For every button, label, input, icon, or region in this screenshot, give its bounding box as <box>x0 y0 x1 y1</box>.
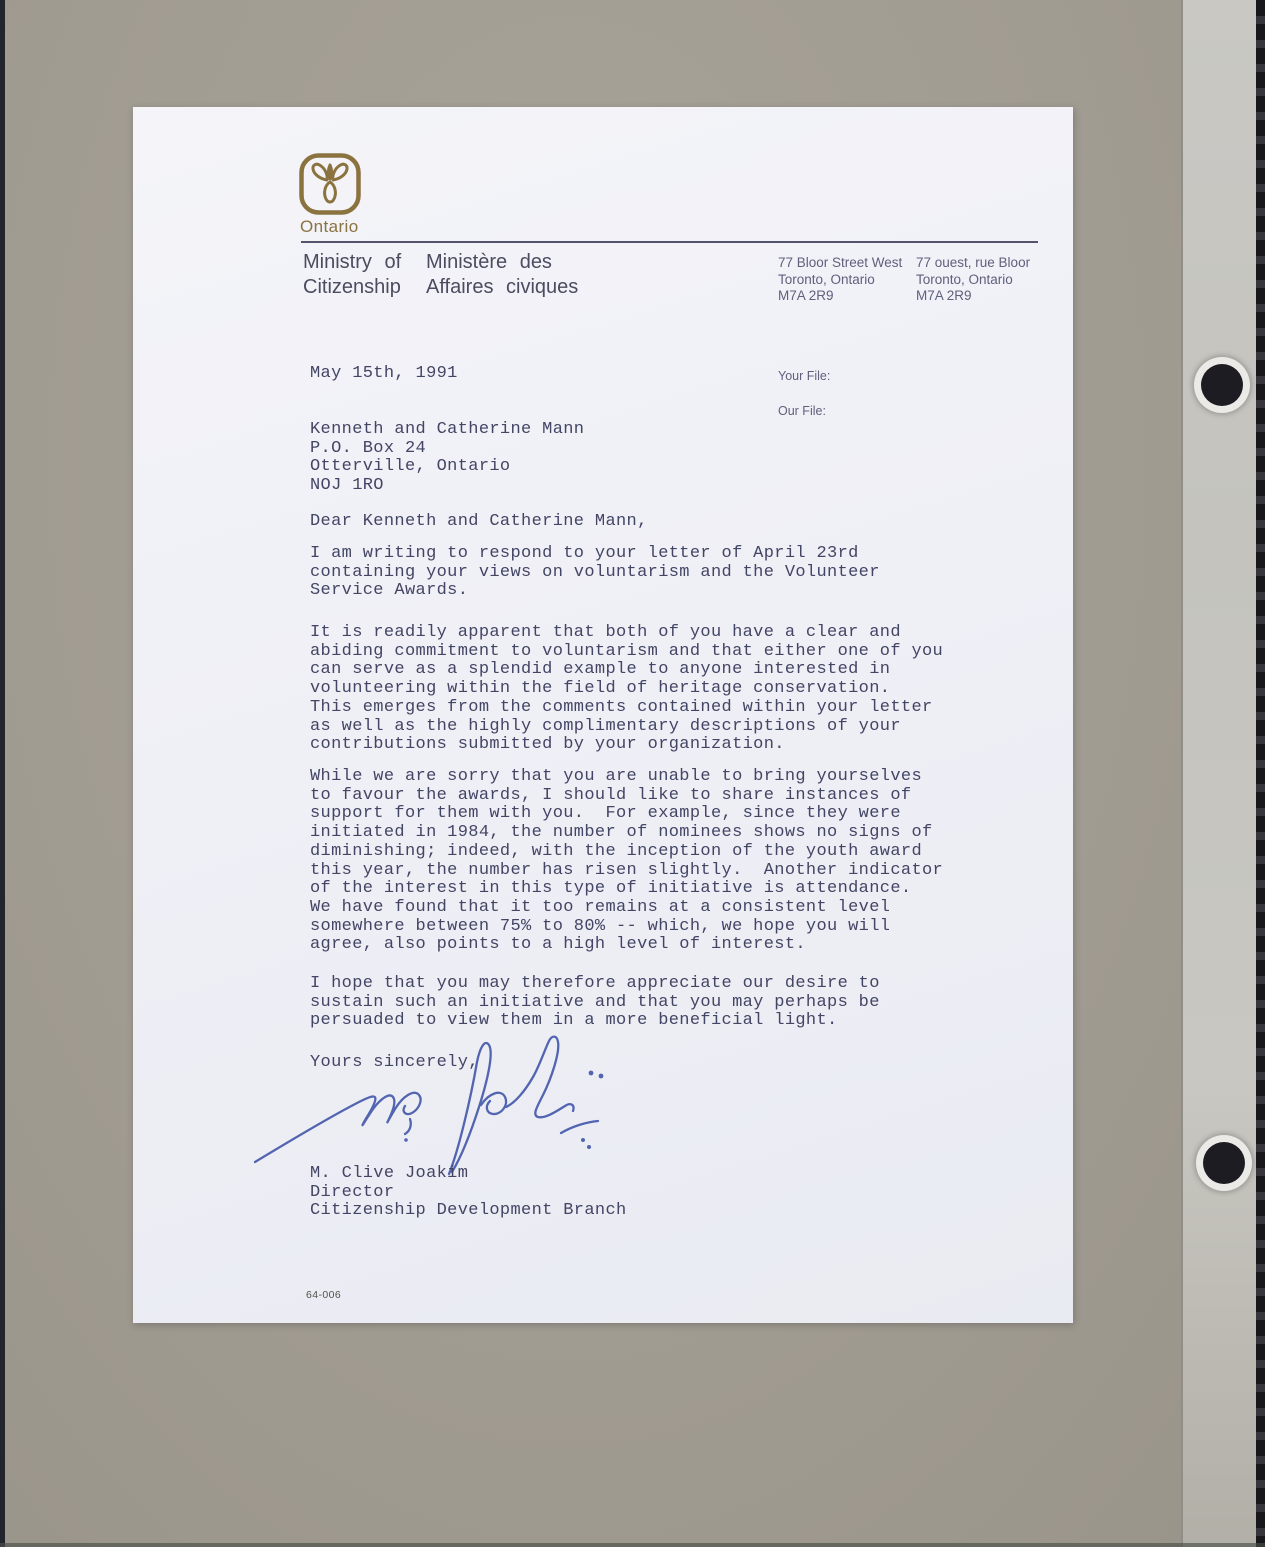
scan-left-edge <box>0 0 5 1547</box>
salutation: Dear Kenneth and Catherine Mann, <box>310 513 648 532</box>
body-paragraph-2: It is readily apparent that both of you … <box>310 624 943 755</box>
recipient-address: Kenneth and Catherine Mann P.O. Box 24 O… <box>310 421 584 496</box>
signature-scribble <box>253 1027 653 1177</box>
letter-date: May 15th, 1991 <box>310 365 458 384</box>
ministry-name-french: Ministère des Affaires civiques <box>426 250 578 300</box>
scan-right-edge <box>1256 0 1265 1547</box>
body-paragraph-1: I am writing to respond to your letter o… <box>310 545 880 601</box>
body-paragraph-3: While we are sorry that you are unable t… <box>310 768 943 955</box>
letterhead-address-french: 77 ouest, rue Bloor Toronto, Ontario M7A… <box>916 255 1030 305</box>
signature-block: M. Clive Joakim Director Citizenship Dev… <box>310 1165 627 1221</box>
binder-margin-strip <box>1181 0 1265 1547</box>
letter-page: Ontario Ministry of Citizenship Ministèr… <box>133 107 1073 1323</box>
body-paragraph-4: I hope that you may therefore appreciate… <box>310 975 880 1031</box>
letterhead-address-english: 77 Bloor Street West Toronto, Ontario M7… <box>778 255 902 305</box>
our-file-label: Our File: <box>778 404 826 418</box>
ontario-wordmark: Ontario <box>300 217 359 237</box>
scan-bottom-edge <box>0 1543 1265 1547</box>
your-file-label: Your File: <box>778 369 830 383</box>
letterhead-rule <box>301 241 1038 243</box>
scanned-album-page: Ontario Ministry of Citizenship Ministèr… <box>0 0 1265 1547</box>
ontario-trillium-logo-icon <box>298 152 362 216</box>
punch-hole-top <box>1201 364 1243 406</box>
form-number: 64-006 <box>306 1289 341 1301</box>
punch-hole-bottom <box>1203 1142 1245 1184</box>
valediction: Yours sincerely, <box>310 1054 479 1073</box>
ministry-name-english: Ministry of Citizenship <box>303 250 401 300</box>
